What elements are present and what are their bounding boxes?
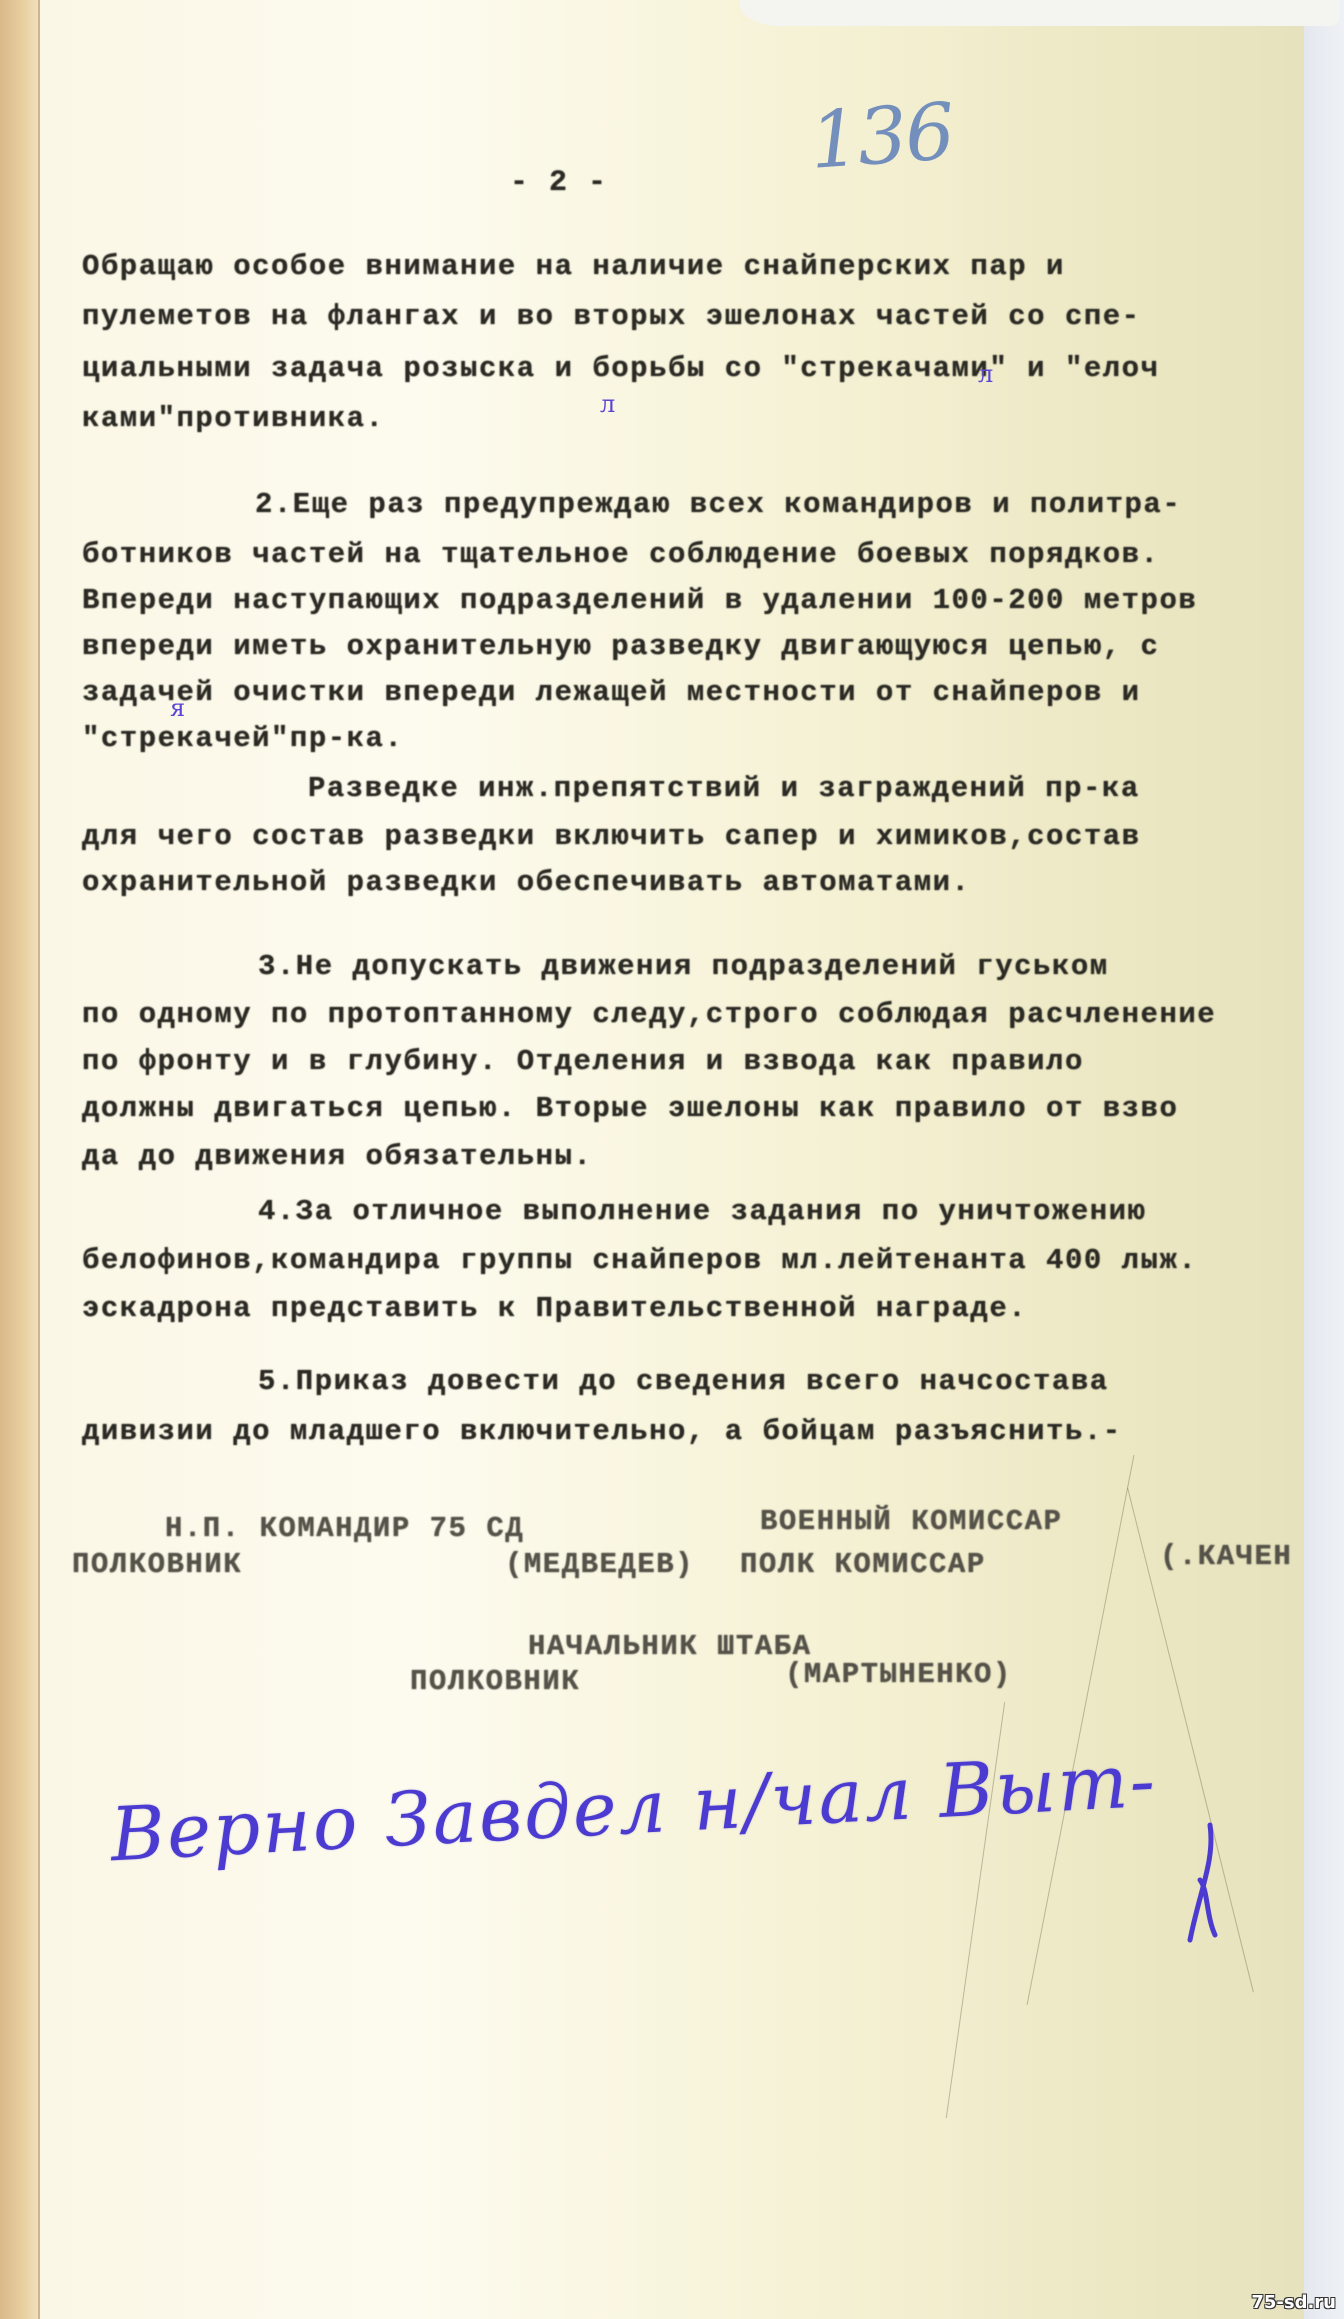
signature-flourish-icon (1170, 1820, 1230, 1950)
handwritten-correction: я (170, 694, 185, 722)
commissar-title: ВОЕННЫЙ КОМИССАР (760, 1505, 1062, 1538)
text-line: Впереди наступающих подразделений в удал… (82, 584, 1197, 617)
text-line: по одному по протоптанному следу,строго … (82, 998, 1216, 1031)
commander-title: Н.П. КОМАНДИР 75 СД (165, 1512, 524, 1545)
text-line: дивизии до младшего включительно, а бойц… (82, 1415, 1122, 1448)
text-line: циальными задача розыска и борьбы со "ст… (82, 352, 1159, 385)
text-line: охранительной разведки обеспечивать авто… (82, 866, 970, 899)
archive-binding-strip (0, 0, 38, 2319)
text-line: 4.За отличное выполнение задания по унич… (258, 1195, 1146, 1228)
text-line: 2.Еще раз предупреждаю всех командиров и… (255, 488, 1181, 521)
text-line: ботников частей на тщательное соблюдение… (82, 538, 1159, 571)
text-line: по фронту и в глубину. Отделения и взвод… (82, 1045, 1084, 1078)
commissar-name: (.КАЧЕН (1160, 1540, 1292, 1573)
commander-rank: ПОЛКОВНИК (72, 1548, 242, 1581)
handwritten-correction: л (978, 360, 993, 388)
chief-of-staff-name: (МАРТЫНЕНКО) (785, 1658, 1012, 1691)
site-watermark: 75-sd.ru (1251, 2292, 1336, 2313)
scan-background (1304, 0, 1344, 2319)
folio-number: 136 (807, 87, 956, 187)
text-line: впереди иметь охранительную разведку дви… (82, 630, 1159, 663)
text-line: 3.Не допускать движения подразделений гу… (258, 950, 1109, 983)
text-line: Обращаю особое внимание на наличие снайп… (82, 250, 1065, 283)
chief-of-staff-rank: ПОЛКОВНИК (410, 1665, 580, 1698)
text-line: пулеметов на флангах и во вторых эшелона… (82, 300, 1141, 333)
commissar-rank: ПОЛК КОМИССАР (740, 1548, 986, 1581)
text-line: 5.Приказ довести до сведения всего начсо… (258, 1365, 1109, 1398)
text-line: эскадрона представить к Правительственно… (82, 1292, 1027, 1325)
page-marker: - 2 - (510, 166, 608, 200)
text-line: да до движения обязательны. (82, 1140, 592, 1173)
text-line: для чего состав разведки включить сапер … (82, 820, 1141, 853)
text-line: задачей очистки впереди лежащей местност… (82, 676, 1141, 709)
chief-of-staff-title: НАЧАЛЬНИК ШТАБА (528, 1630, 812, 1663)
text-line: "стрекачей"пр-ка. (82, 722, 403, 755)
handwritten-correction: л (600, 390, 615, 418)
commander-name: (МЕДВЕДЕВ) (505, 1548, 694, 1581)
text-line: должны двигаться цепью. Вторые эшелоны к… (82, 1092, 1178, 1125)
text-line: Разведке инж.препятствий и заграждений п… (308, 772, 1140, 805)
text-line: ками"противника. (82, 402, 384, 435)
paper-top-edge (740, 0, 1340, 26)
text-line: белофинов,командира группы снайперов мл.… (82, 1244, 1197, 1277)
